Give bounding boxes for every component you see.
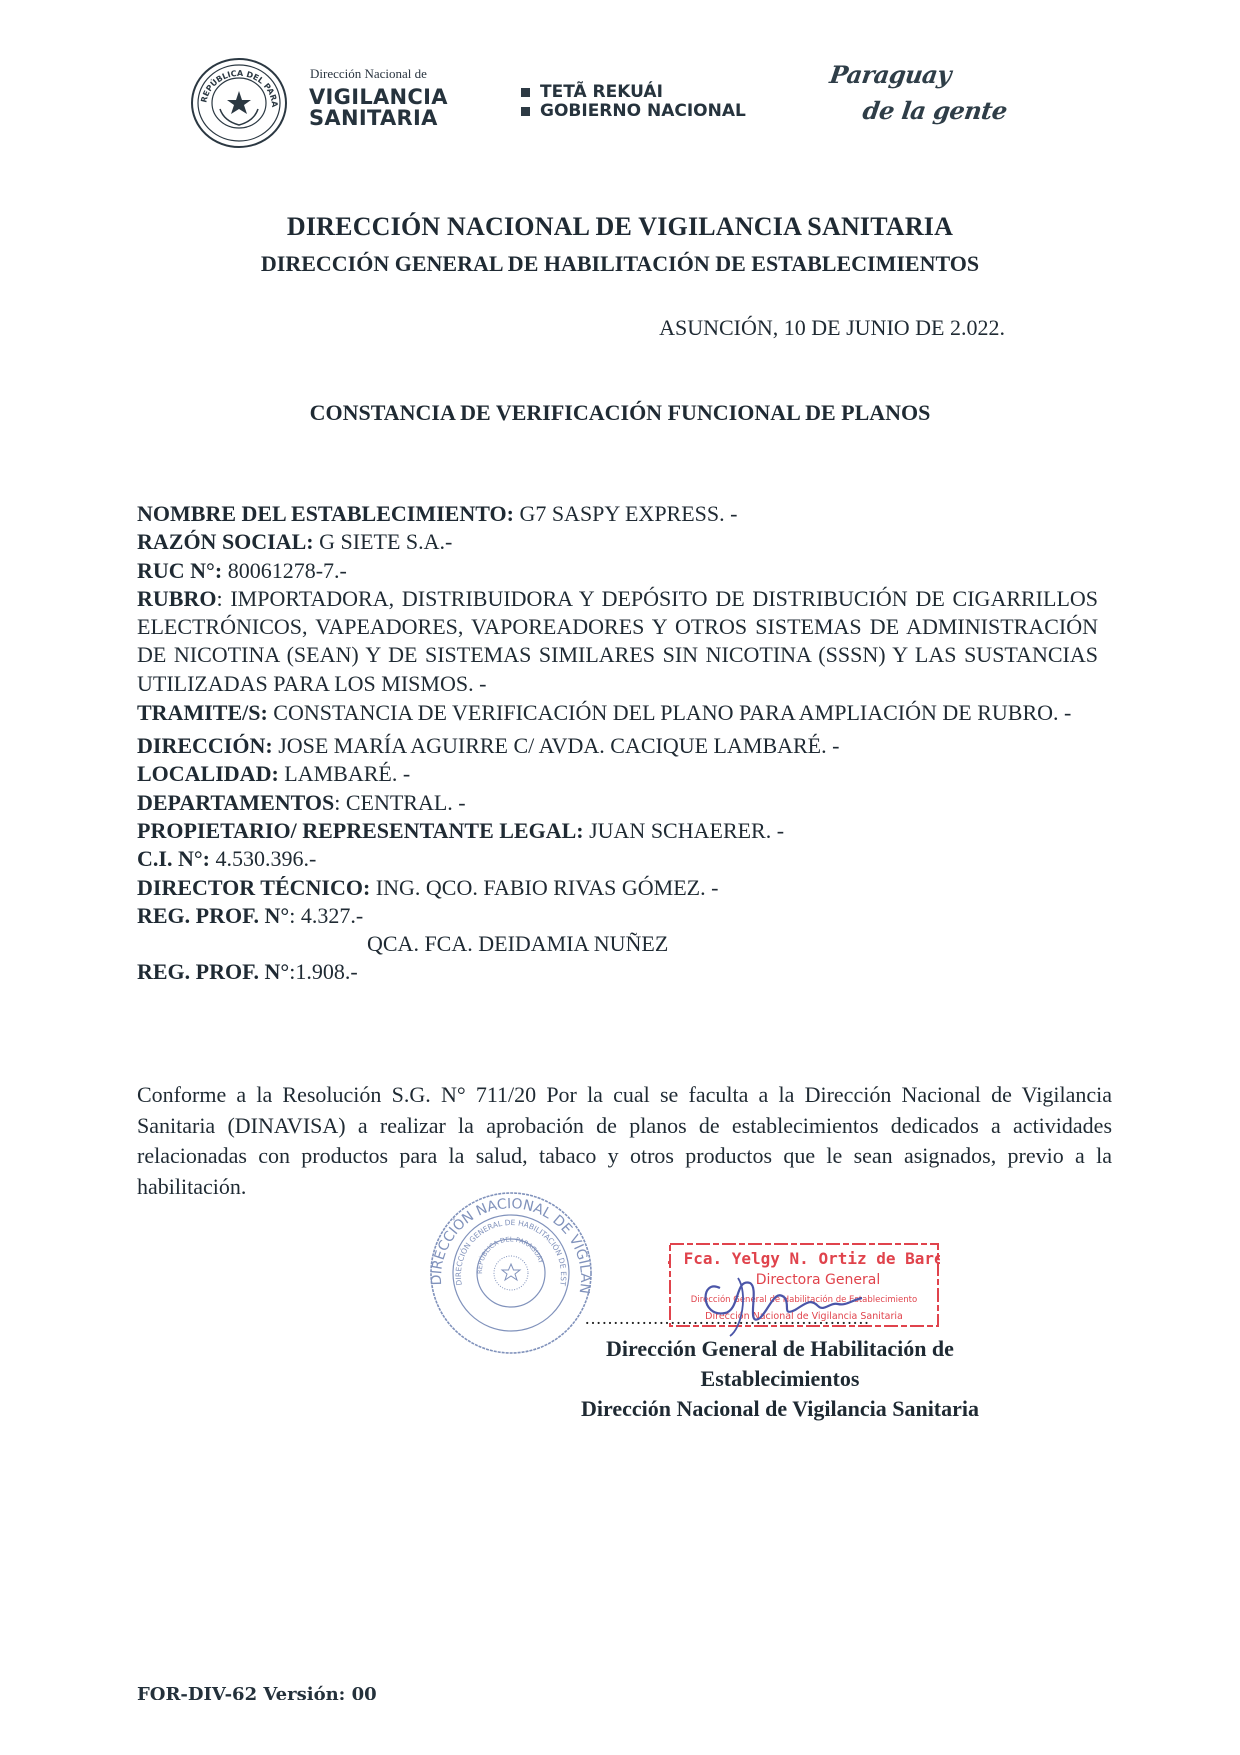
agency-name-small: Dirección Nacional de — [310, 66, 427, 82]
agency-name-line2: SANITARIA — [309, 106, 438, 130]
signature-dotted-line: ........................................… — [585, 1308, 985, 1329]
field-id-number: C.I. N°: 4.530.396.- — [137, 845, 1098, 873]
field-technical-director: DIRECTOR TÉCNICO: ING. QCO. FABIO RIVAS … — [137, 874, 1098, 902]
government-brand-line2: GOBIERNO NACIONAL — [521, 101, 746, 121]
slogan-line2: de la gente — [861, 96, 1009, 125]
establishment-fields: NOMBRE DEL ESTABLECIMIENTO: G7 SASPY EXP… — [137, 500, 1098, 987]
document-title: CONSTANCIA DE VERIFICACIÓN FUNCIONAL DE … — [0, 400, 1240, 426]
field-professional-registry-2: REG. PROF. N°:1.908.- — [137, 958, 1098, 986]
field-category: RUBRO: IMPORTADORA, DISTRIBUIDORA Y DEPÓ… — [137, 585, 1098, 698]
resolution-paragraph: Conforme a la Resolución S.G. N° 711/20 … — [137, 1080, 1112, 1202]
field-address: DIRECCIÓN: JOSE MARÍA AGUIRRE C/ AVDA. C… — [137, 732, 1098, 760]
document-date: ASUNCIÓN, 10 DE JUNIO DE 2.022. — [0, 315, 1005, 341]
signature-line-2: Establecimientos — [540, 1364, 1020, 1394]
svg-text:REPÚBLICA DEL PARAGUAY: REPÚBLICA DEL PARAGUAY — [476, 1235, 545, 1274]
field-second-professional: QCA. FCA. DEIDAMIA NUÑEZ — [137, 930, 1098, 958]
signature-line-3: Dirección Nacional de Vigilancia Sanitar… — [540, 1394, 1020, 1424]
field-procedure: TRAMITE/S: CONSTANCIA DE VERIFICACIÓN DE… — [137, 698, 1098, 728]
document-heading-sub: DIRECCIÓN GENERAL DE HABILITACIÓN DE EST… — [0, 251, 1240, 277]
field-owner: PROPIETARIO/ REPRESENTANTE LEGAL: JUAN S… — [137, 817, 1098, 845]
government-brand-line1: TETÃ REKUÁI — [521, 82, 663, 102]
government-brand-text: TETÃ REKUÁI — [540, 82, 663, 102]
slogan-line1: Paraguay — [828, 60, 953, 89]
field-establishment-name: NOMBRE DEL ESTABLECIMIENTO: G7 SASPY EXP… — [137, 500, 1098, 528]
form-version-footer: FOR-DIV-62 Versión: 00 — [137, 1684, 377, 1700]
field-business-name: RAZÓN SOCIAL: G SIETE S.A.- — [137, 528, 1098, 556]
government-brand-text: GOBIERNO NACIONAL — [540, 101, 746, 121]
square-bullet-icon — [521, 88, 530, 97]
square-bullet-icon — [521, 107, 530, 116]
field-department: DEPARTAMENTOS: CENTRAL. - — [137, 789, 1098, 817]
republic-seal-logo: REPÚBLICA DEL PARAGUAY — [190, 57, 288, 149]
signature-line-1: Dirección General de Habilitación de — [540, 1334, 1020, 1364]
document-heading-main: DIRECCIÓN NACIONAL DE VIGILANCIA SANITAR… — [0, 212, 1240, 242]
field-professional-registry-1: REG. PROF. N°: 4.327.- — [137, 902, 1098, 930]
field-ruc: RUC N°: 80061278-7.- — [137, 557, 1098, 585]
field-locality: LOCALIDAD: LAMBARÉ. - — [137, 760, 1098, 788]
official-round-stamp: DIRECCIÓN NACIONAL DE VIGILANCIA SANITAR… — [428, 1190, 594, 1356]
signature-block: Dirección General de Habilitación de Est… — [540, 1334, 1020, 1424]
